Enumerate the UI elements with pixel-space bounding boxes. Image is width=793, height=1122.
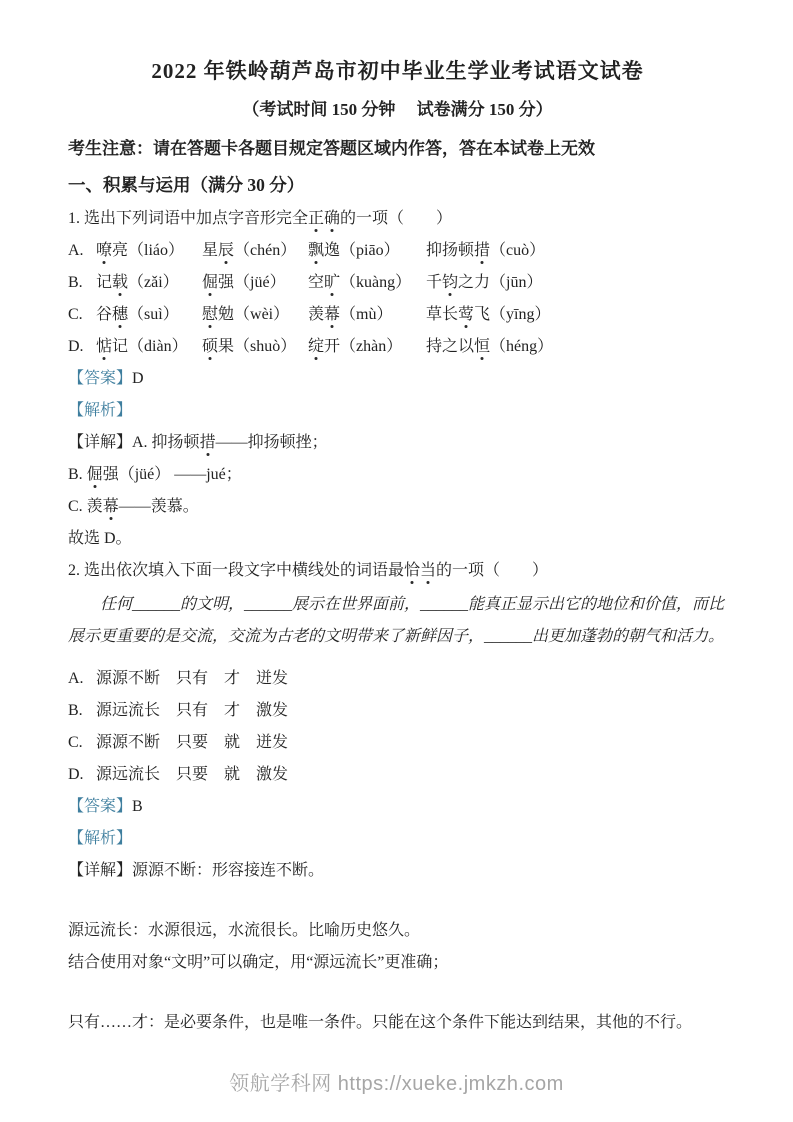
page-title: 2022 年铁岭葫芦岛市初中毕业生学业考试语文试卷 (68, 56, 727, 86)
section-1-heading: 一、积累与运用（满分 30 分） (68, 172, 727, 198)
q2-stem: 2. 选出依次填入下面一段文字中横线处的词语最恰当的一项（ ） (68, 555, 727, 587)
q1-option-d-word-1: 惦记（diàn） (96, 331, 202, 363)
q2-answer-value: B (132, 798, 143, 815)
q1-option-b-label: B. (68, 267, 96, 299)
q1-detail-line-4: 故选 D。 (68, 523, 727, 555)
q1-option-a-word-3: 飘逸（piāo） (308, 235, 426, 267)
q2-option-b-text: 源远流长 只有 才 激发 (96, 702, 288, 719)
q2-analysis-line: 【解析】 (68, 823, 727, 855)
q2-analysis-label: 【解析】 (68, 830, 132, 847)
q1-detail-line-3: C. 羡幕——羡慕。 (68, 491, 727, 523)
q2-option-a-text: 源源不断 只有 才 迸发 (96, 670, 288, 687)
site-watermark: 领航学科网 https://xueke.jmkzh.com (0, 1067, 793, 1096)
q1-option-c: C.谷穗（suì）慰勉（wèi）羡幕（mù）草长莺飞（yīng） (68, 299, 727, 331)
q2-option-b: B.源远流长 只有 才 激发 (68, 695, 727, 727)
q1-option-d-word-2: 硕果（shuò） (202, 331, 308, 363)
q2-option-d-label: D. (68, 759, 96, 791)
q2-option-b-label: B. (68, 695, 96, 727)
q1-option-a-word-4: 抑扬顿措（cuò） (426, 235, 545, 267)
q2-option-c-label: C. (68, 727, 96, 759)
q1-option-c-word-2: 慰勉（wèi） (202, 299, 308, 331)
q1-option-b-word-1: 记载（zǎi） (96, 267, 202, 299)
q1-option-b: B.记载（zǎi）倔强（jüé）空旷（kuàng）千钧之力（jūn） (68, 267, 727, 299)
question-1: 1. 选出下列词语中加点字音形完全正确的一项（ ） A.嘹亮（liáo）星辰（c… (68, 203, 727, 555)
q2-detail-line-1: 【详解】源源不断：形容接连不断。 (68, 855, 727, 887)
q1-option-a: A.嘹亮（liáo）星辰（chén）飘逸（piāo）抑扬顿措（cuò） (68, 235, 727, 267)
candidate-notice: 考生注意：请在答题卡各题目规定答题区域内作答，答在本试卷上无效 (68, 137, 727, 161)
q1-option-c-word-3: 羡幕（mù） (308, 299, 426, 331)
q1-analysis-label: 【解析】 (68, 402, 132, 419)
q2-answer-line: 【答案】B (68, 791, 727, 823)
q1-option-c-word-1: 谷穗（suì） (96, 299, 202, 331)
q1-option-a-word-1: 嘹亮（liáo） (96, 235, 202, 267)
exam-time-score-info: （考试时间 150 分钟 试卷满分 150 分） (68, 98, 727, 122)
q2-detail-line-4: 只有……才：是必要条件，也是唯一条件。只能在这个条件下能达到结果，其他的不行。 (68, 1007, 727, 1039)
q1-option-d: D.惦记（diàn）硕果（shuò）绽开（zhàn）持之以恒（héng） (68, 331, 727, 363)
q1-answer-line: 【答案】D (68, 363, 727, 395)
q2-answer-label: 【答案】 (68, 798, 132, 815)
q2-passage: 任何______的文明，______展示在世界面前，______能真正显示出它的… (68, 589, 727, 653)
q1-option-d-label: D. (68, 331, 96, 363)
exam-paper-page: 2022 年铁岭葫芦岛市初中毕业生学业考试语文试卷 （考试时间 150 分钟 试… (0, 0, 793, 1122)
q2-detail-line-2: 源远流长：水源很远，水流很长。比喻历史悠久。 (68, 915, 727, 947)
q2-option-a-label: A. (68, 663, 96, 695)
q1-detail-line-1: 【详解】A. 抑扬顿措——抑扬顿挫； (68, 427, 727, 459)
q2-option-d-text: 源远流长 只要 就 激发 (96, 766, 288, 783)
q2-options: A.源源不断 只有 才 迸发 B.源远流长 只有 才 激发 C.源源不断 只要 … (68, 663, 727, 791)
q1-option-d-word-4: 持之以恒（héng） (426, 331, 553, 363)
q1-answer-label: 【答案】 (68, 370, 132, 387)
q1-stem: 1. 选出下列词语中加点字音形完全正确的一项（ ） (68, 203, 727, 235)
q2-option-a: A.源源不断 只有 才 迸发 (68, 663, 727, 695)
q1-option-a-label: A. (68, 235, 96, 267)
q1-option-b-word-2: 倔强（jüé） (202, 267, 308, 299)
q2-option-c-text: 源源不断 只要 就 迸发 (96, 734, 288, 751)
q1-option-b-word-3: 空旷（kuàng） (308, 267, 426, 299)
q1-option-b-word-4: 千钧之力（jūn） (426, 267, 542, 299)
q1-option-d-word-3: 绽开（zhàn） (308, 331, 426, 363)
q2-option-d: D.源远流长 只要 就 激发 (68, 759, 727, 791)
q2-option-c: C.源源不断 只要 就 迸发 (68, 727, 727, 759)
q2-detail-line-3: 结合使用对象“文明”可以确定，用“源远流长”更准确； (68, 947, 727, 979)
q1-analysis-line: 【解析】 (68, 395, 727, 427)
q1-answer-value: D (132, 370, 144, 387)
question-2: 2. 选出依次填入下面一段文字中横线处的词语最恰当的一项（ ） 任何______… (68, 555, 727, 1039)
q1-option-c-label: C. (68, 299, 96, 331)
q1-option-a-word-2: 星辰（chén） (202, 235, 308, 267)
q1-option-c-word-4: 草长莺飞（yīng） (426, 299, 550, 331)
q1-detail-line-2: B. 倔强（jüé） ——jué； (68, 459, 727, 491)
